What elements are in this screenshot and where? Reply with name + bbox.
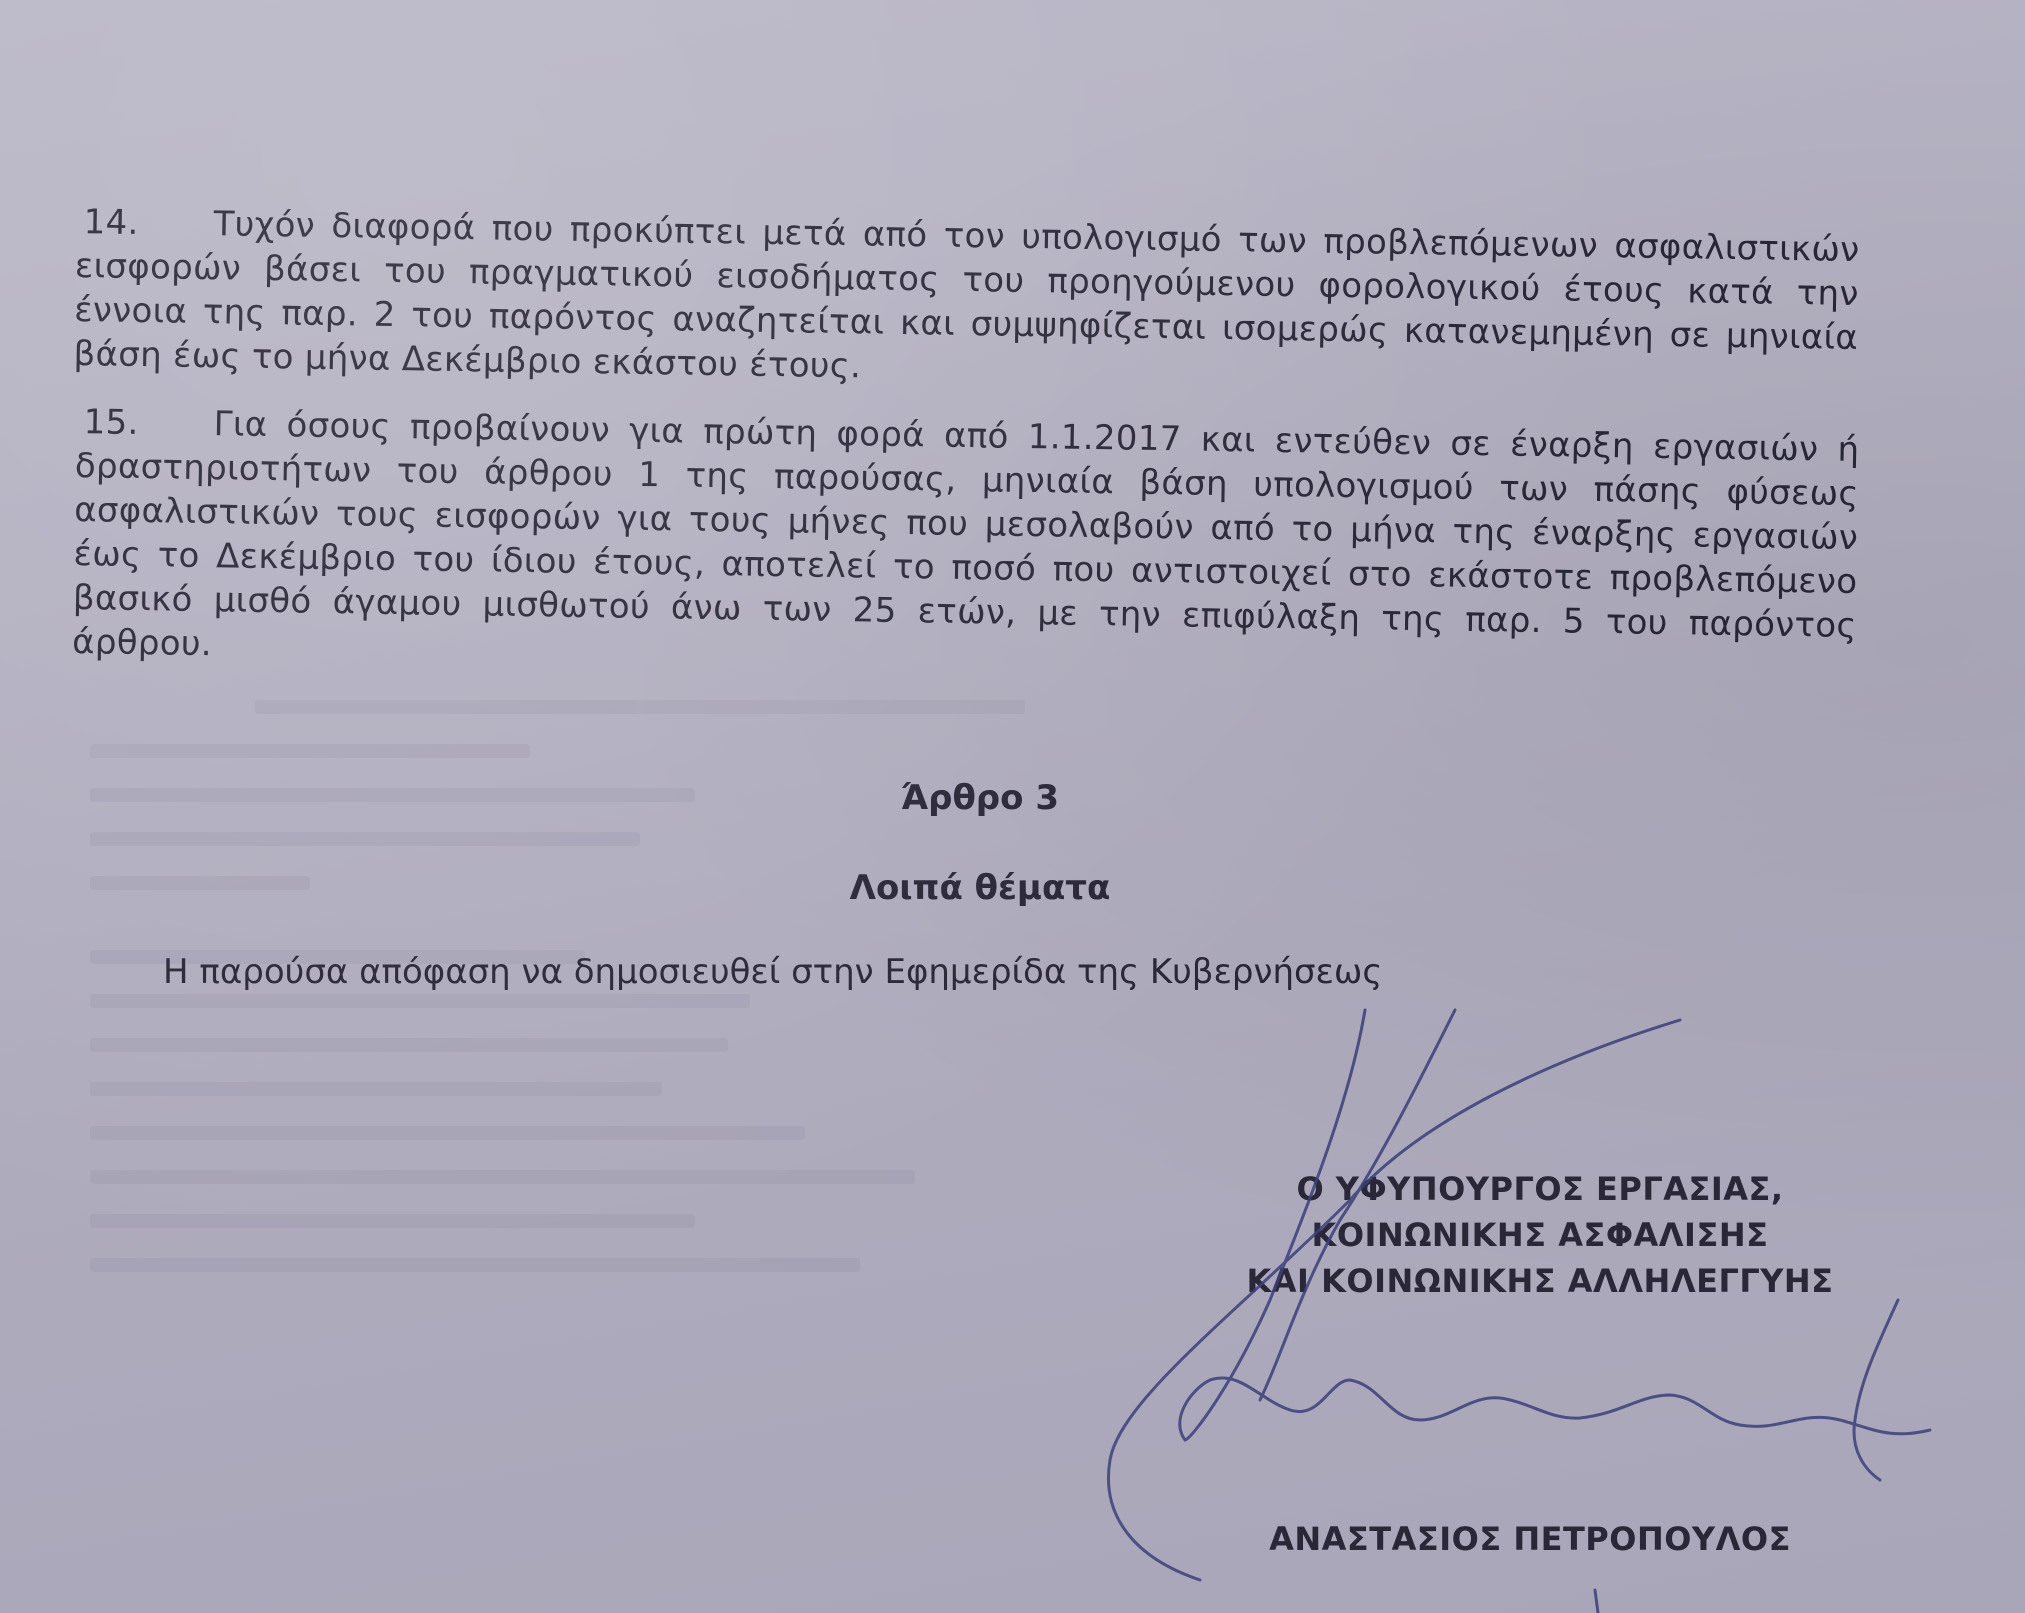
paragraph-number: 14. (75, 200, 214, 246)
article-heading: Άρθρο 3 (0, 778, 1960, 818)
publication-note: Η παρούσα απόφαση να δημοσιευθεί στην Εφ… (163, 952, 1382, 992)
paragraph-number: 15. (75, 400, 214, 446)
article-subheading: Λοιπά θέματα (0, 868, 1960, 908)
paragraph-text: Για όσους προβαίνουν για πρώτη φορά από … (72, 404, 1860, 664)
signatory-title-line: Ο ΥΦΥΠΟΥΡΓΟΣ ΕΡΓΑΣΙΑΣ, (1200, 1166, 1880, 1212)
paragraph-14: 14.Τυχόν διαφορά που προκύπτει μετά από … (73, 200, 1860, 404)
document-page: 14.Τυχόν διαφορά που προκύπτει μετά από … (0, 0, 2025, 1613)
paragraph-15: 15.Για όσους προβαίνουν για πρώτη φορά α… (72, 400, 1860, 692)
signatory-name: ΑΝΑΣΤΑΣΙΟΣ ΠΕΤΡΟΠΟΥΛΟΣ (1220, 1520, 1840, 1558)
signatory-title-line: ΚΑΙ ΚΟΙΝΩΝΙΚΗΣ ΑΛΛΗΛΕΓΓΥΗΣ (1200, 1258, 1880, 1304)
signatory-title-line: ΚΟΙΝΩΝΙΚΗΣ ΑΣΦΑΛΙΣΗΣ (1200, 1212, 1880, 1258)
paragraph-text: Τυχόν διαφορά που προκύπτει μετά από τον… (73, 204, 1859, 386)
signatory-title: Ο ΥΦΥΠΟΥΡΓΟΣ ΕΡΓΑΣΙΑΣ, ΚΟΙΝΩΝΙΚΗΣ ΑΣΦΑΛΙ… (1200, 1166, 1880, 1304)
